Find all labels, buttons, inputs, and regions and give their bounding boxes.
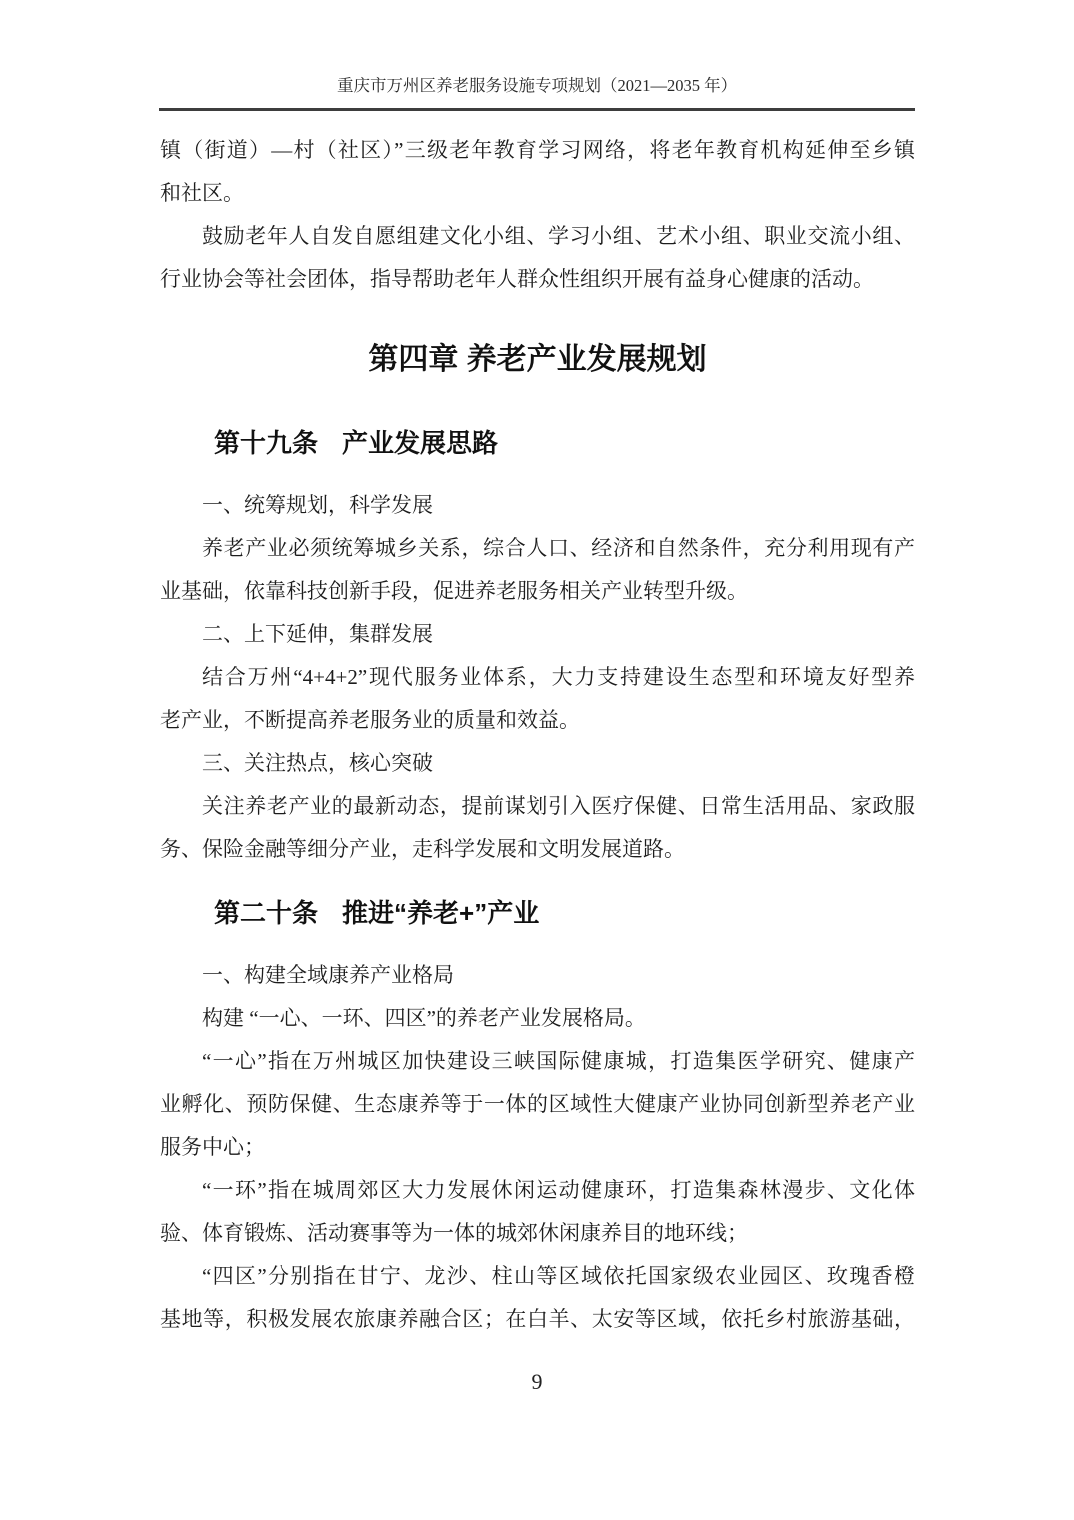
paragraph: 一、统筹规划，科学发展 xyxy=(160,484,915,527)
paragraph: 三、关注热点，核心突破 xyxy=(160,742,915,785)
paragraph: “一环”指在城周郊区大力发展休闲运动健康环，打造集森林漫步、文化体验、体育锻炼、… xyxy=(160,1169,915,1255)
body-line: “四区”分别指在甘宁、龙沙、柱山等区域依托国家级农业园区、玫瑰香橙 xyxy=(160,1255,915,1298)
page-number: 9 xyxy=(0,1370,1074,1394)
section-number: 第十九条 xyxy=(214,428,318,458)
body-line: 业基础，依靠科技创新手段，促进养老服务相关产业转型升级。 xyxy=(160,570,915,613)
body-line: 老产业，不断提高养老服务业的质量和效益。 xyxy=(160,699,915,742)
body-line: 养老产业必须统筹城乡关系，综合人口、经济和自然条件，充分利用现有产 xyxy=(160,527,915,570)
body-line: 务、保险金融等细分产业，走科学发展和文明发展道路。 xyxy=(160,828,915,871)
paragraph: 鼓励老年人自发自愿组建文化小组、学习小组、艺术小组、职业交流小组、行业协会等社会… xyxy=(160,215,915,301)
body-line: 业孵化、预防保健、生态康养等于一体的区域性大健康产业协同创新型养老产业 xyxy=(160,1083,915,1126)
body-line: 和社区。 xyxy=(160,172,915,215)
section-heading: 第二十条推进“养老+”产业 xyxy=(160,893,915,933)
body-line: 二、上下延伸，集群发展 xyxy=(160,613,915,656)
body-line: 关注养老产业的最新动态，提前谋划引入医疗保健、日常生活用品、家政服 xyxy=(160,785,915,828)
header-title: 重庆市万州区养老服务设施专项规划（2021—2035 年） xyxy=(159,0,915,96)
paragraph: 构建 “一心、一环、四区”的养老产业发展格局。 xyxy=(160,997,915,1040)
document-page: 重庆市万州区养老服务设施专项规划（2021—2035 年） 镇（街道）—村（社区… xyxy=(0,0,1074,1520)
document-body: 镇（街道）—村（社区）”三级老年教育学习网络，将老年教育机构延伸至乡镇和社区。鼓… xyxy=(160,129,915,1341)
paragraph: “四区”分别指在甘宁、龙沙、柱山等区域依托国家级农业园区、玫瑰香橙基地等，积极发… xyxy=(160,1255,915,1341)
body-line: 一、统筹规划，科学发展 xyxy=(160,484,915,527)
section-title: 产业发展思路 xyxy=(342,428,498,458)
paragraph: 一、构建全域康养产业格局 xyxy=(160,954,915,997)
paragraph: 养老产业必须统筹城乡关系，综合人口、经济和自然条件，充分利用现有产业基础，依靠科… xyxy=(160,527,915,613)
paragraph: “一心”指在万州城区加快建设三峡国际健康城，打造集医学研究、健康产业孵化、预防保… xyxy=(160,1040,915,1169)
section-title: 推进“养老+”产业 xyxy=(342,898,539,928)
paragraph: 结合万州“4+4+2”现代服务业体系，大力支持建设生态型和环境友好型养老产业，不… xyxy=(160,656,915,742)
section-heading: 第十九条产业发展思路 xyxy=(160,423,915,463)
paragraph: 关注养老产业的最新动态，提前谋划引入医疗保健、日常生活用品、家政服务、保险金融等… xyxy=(160,785,915,871)
page-footer: 9 xyxy=(0,1370,1074,1394)
body-line: 鼓励老年人自发自愿组建文化小组、学习小组、艺术小组、职业交流小组、 xyxy=(160,215,915,258)
body-line: 构建 “一心、一环、四区”的养老产业发展格局。 xyxy=(160,997,915,1040)
paragraph: 二、上下延伸，集群发展 xyxy=(160,613,915,656)
body-line: 服务中心； xyxy=(160,1126,915,1169)
page-header: 重庆市万州区养老服务设施专项规划（2021—2035 年） xyxy=(159,0,915,111)
body-line: 基地等，积极发展农旅康养融合区；在白羊、太安等区域，依托乡村旅游基础， xyxy=(160,1298,915,1341)
header-rule xyxy=(159,108,915,111)
body-line: 镇（街道）—村（社区）”三级老年教育学习网络，将老年教育机构延伸至乡镇 xyxy=(160,129,915,172)
body-line: “一心”指在万州城区加快建设三峡国际健康城，打造集医学研究、健康产 xyxy=(160,1040,915,1083)
body-line: 行业协会等社会团体，指导帮助老年人群众性组织开展有益身心健康的活动。 xyxy=(160,258,915,301)
body-line: 三、关注热点，核心突破 xyxy=(160,742,915,785)
body-line: 一、构建全域康养产业格局 xyxy=(160,954,915,997)
body-line: “一环”指在城周郊区大力发展休闲运动健康环，打造集森林漫步、文化体 xyxy=(160,1169,915,1212)
paragraph: 镇（街道）—村（社区）”三级老年教育学习网络，将老年教育机构延伸至乡镇和社区。 xyxy=(160,129,915,215)
body-line: 结合万州“4+4+2”现代服务业体系，大力支持建设生态型和环境友好型养 xyxy=(160,656,915,699)
chapter-heading: 第四章 养老产业发展规划 xyxy=(160,336,915,384)
section-number: 第二十条 xyxy=(214,898,318,928)
body-line: 验、体育锻炼、活动赛事等为一体的城郊休闲康养目的地环线； xyxy=(160,1212,915,1255)
